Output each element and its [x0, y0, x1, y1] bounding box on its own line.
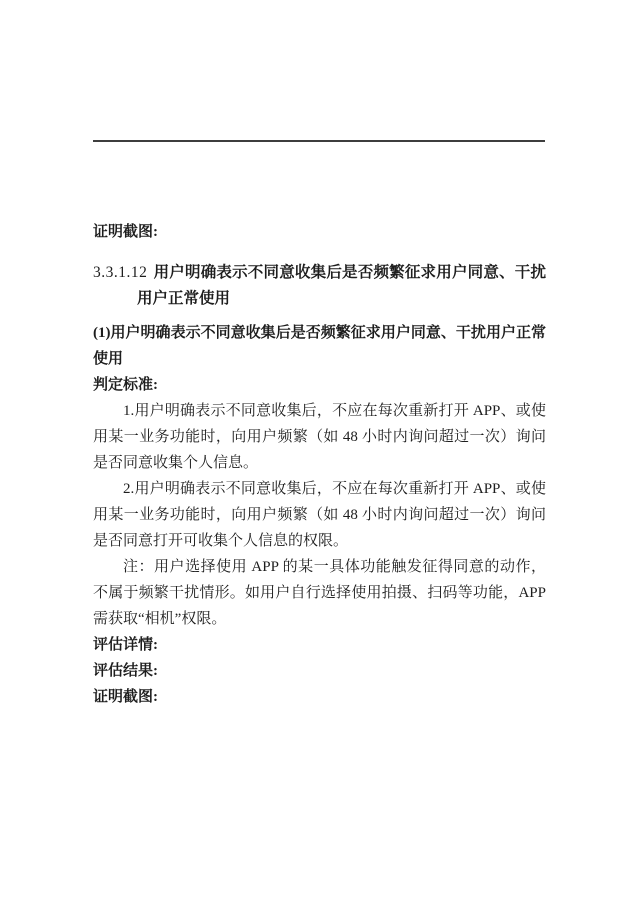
- section-heading-text: 用户明确表示不同意收集后是否频繁征求用户同意、干扰用户正常使用: [137, 264, 546, 307]
- evidence-screenshot-label-top: 证明截图:: [93, 219, 546, 245]
- section-heading-number: 3.3.1.12: [93, 264, 147, 281]
- evaluation-detail-label: 评估详情:: [93, 632, 546, 658]
- criteria-paragraph-1: 1.用户明确表示不同意收集后，不应在每次重新打开 APP、或使用某一业务功能时，…: [93, 398, 546, 476]
- document-page: 证明截图: 3.3.1.12用户明确表示不同意收集后是否频繁征求用户同意、干扰用…: [0, 0, 640, 906]
- subsection-heading: (1)用户明确表示不同意收集后是否频繁征求用户同意、干扰用户正常使用: [93, 320, 546, 372]
- section-heading: 3.3.1.12用户明确表示不同意收集后是否频繁征求用户同意、干扰用户正常使用: [93, 260, 546, 312]
- evaluation-result-label: 评估结果:: [93, 658, 546, 684]
- criteria-paragraph-2: 2.用户明确表示不同意收集后，不应在每次重新打开 APP、或使用某一业务功能时，…: [93, 476, 546, 554]
- evidence-screenshot-label-bottom: 证明截图:: [93, 684, 546, 710]
- document-content: 证明截图: 3.3.1.12用户明确表示不同意收集后是否频繁征求用户同意、干扰用…: [93, 219, 546, 710]
- criteria-note-paragraph: 注：用户选择使用 APP 的某一具体功能触发征得同意的动作，不属于频繁干扰情形。…: [93, 554, 546, 632]
- criteria-label: 判定标准:: [93, 372, 546, 398]
- header-rule-divider: [93, 140, 545, 142]
